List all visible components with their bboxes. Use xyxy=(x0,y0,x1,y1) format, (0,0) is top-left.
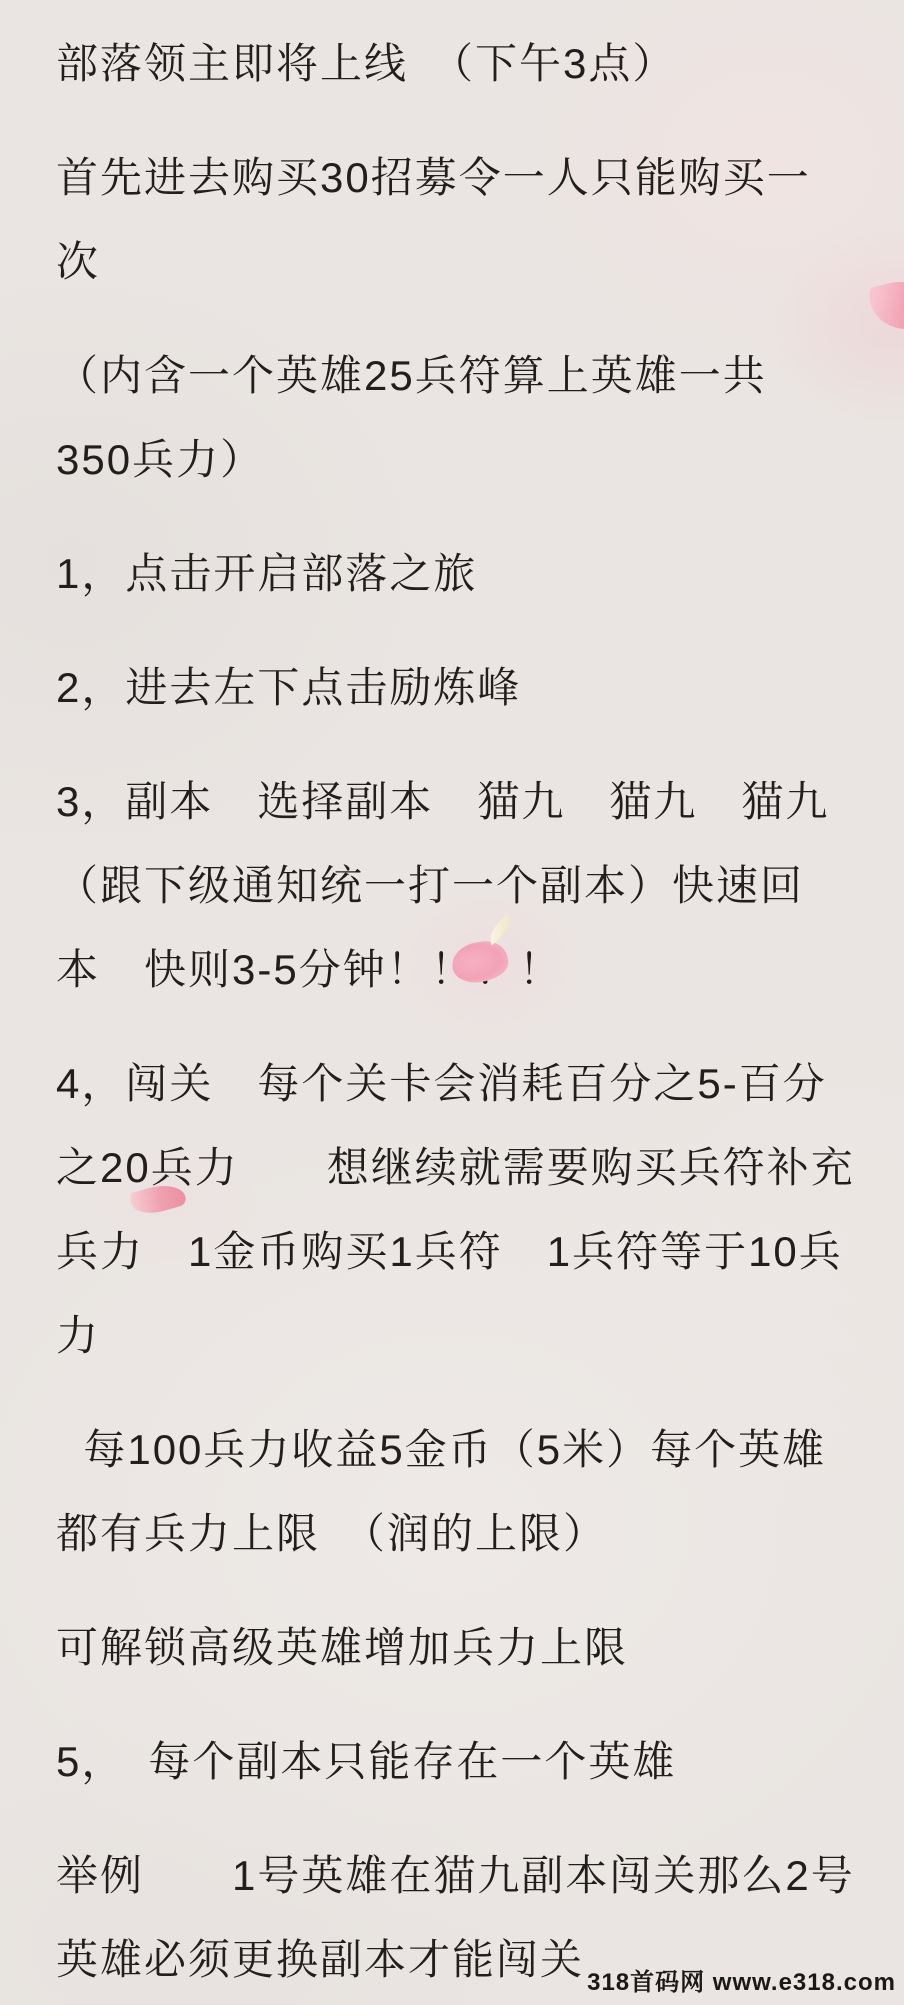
petal-body xyxy=(449,938,510,985)
paragraph-buy-tokens: 首先进去购买30招募令一人只能购买一 次 xyxy=(56,136,880,304)
paragraph-hero-note: （内含一个英雄25兵符算上英雄一共 350兵力） xyxy=(56,334,880,502)
watermark: 318首码网 www.e318.com xyxy=(587,1962,896,1997)
paragraph-step-4: 4，闯关 每个关卡会消耗百分之5-百分 之20兵力 想继续就需要购买兵符补充 兵… xyxy=(56,1042,880,1378)
paragraph-unlock-note: 可解锁高级英雄增加兵力上限 xyxy=(56,1606,880,1690)
petal-center-icon xyxy=(452,918,520,984)
paragraph-step-5: 5， 每个副本只能存在一个英雄 xyxy=(56,1720,880,1804)
paragraph-title: 部落领主即将上线 （下午3点） xyxy=(56,22,880,106)
paragraph-step-2: 2，进去左下点击励炼峰 xyxy=(56,646,880,730)
paragraph-step-1: 1，点击开启部落之旅 xyxy=(56,532,880,616)
note-page: 部落领主即将上线 （下午3点） 首先进去购买30招募令一人只能购买一 次 （内含… xyxy=(0,0,904,2005)
paragraph-income-note: 每100兵力收益5金币（5米）每个英雄 都有兵力上限 （润的上限） xyxy=(56,1408,880,1576)
